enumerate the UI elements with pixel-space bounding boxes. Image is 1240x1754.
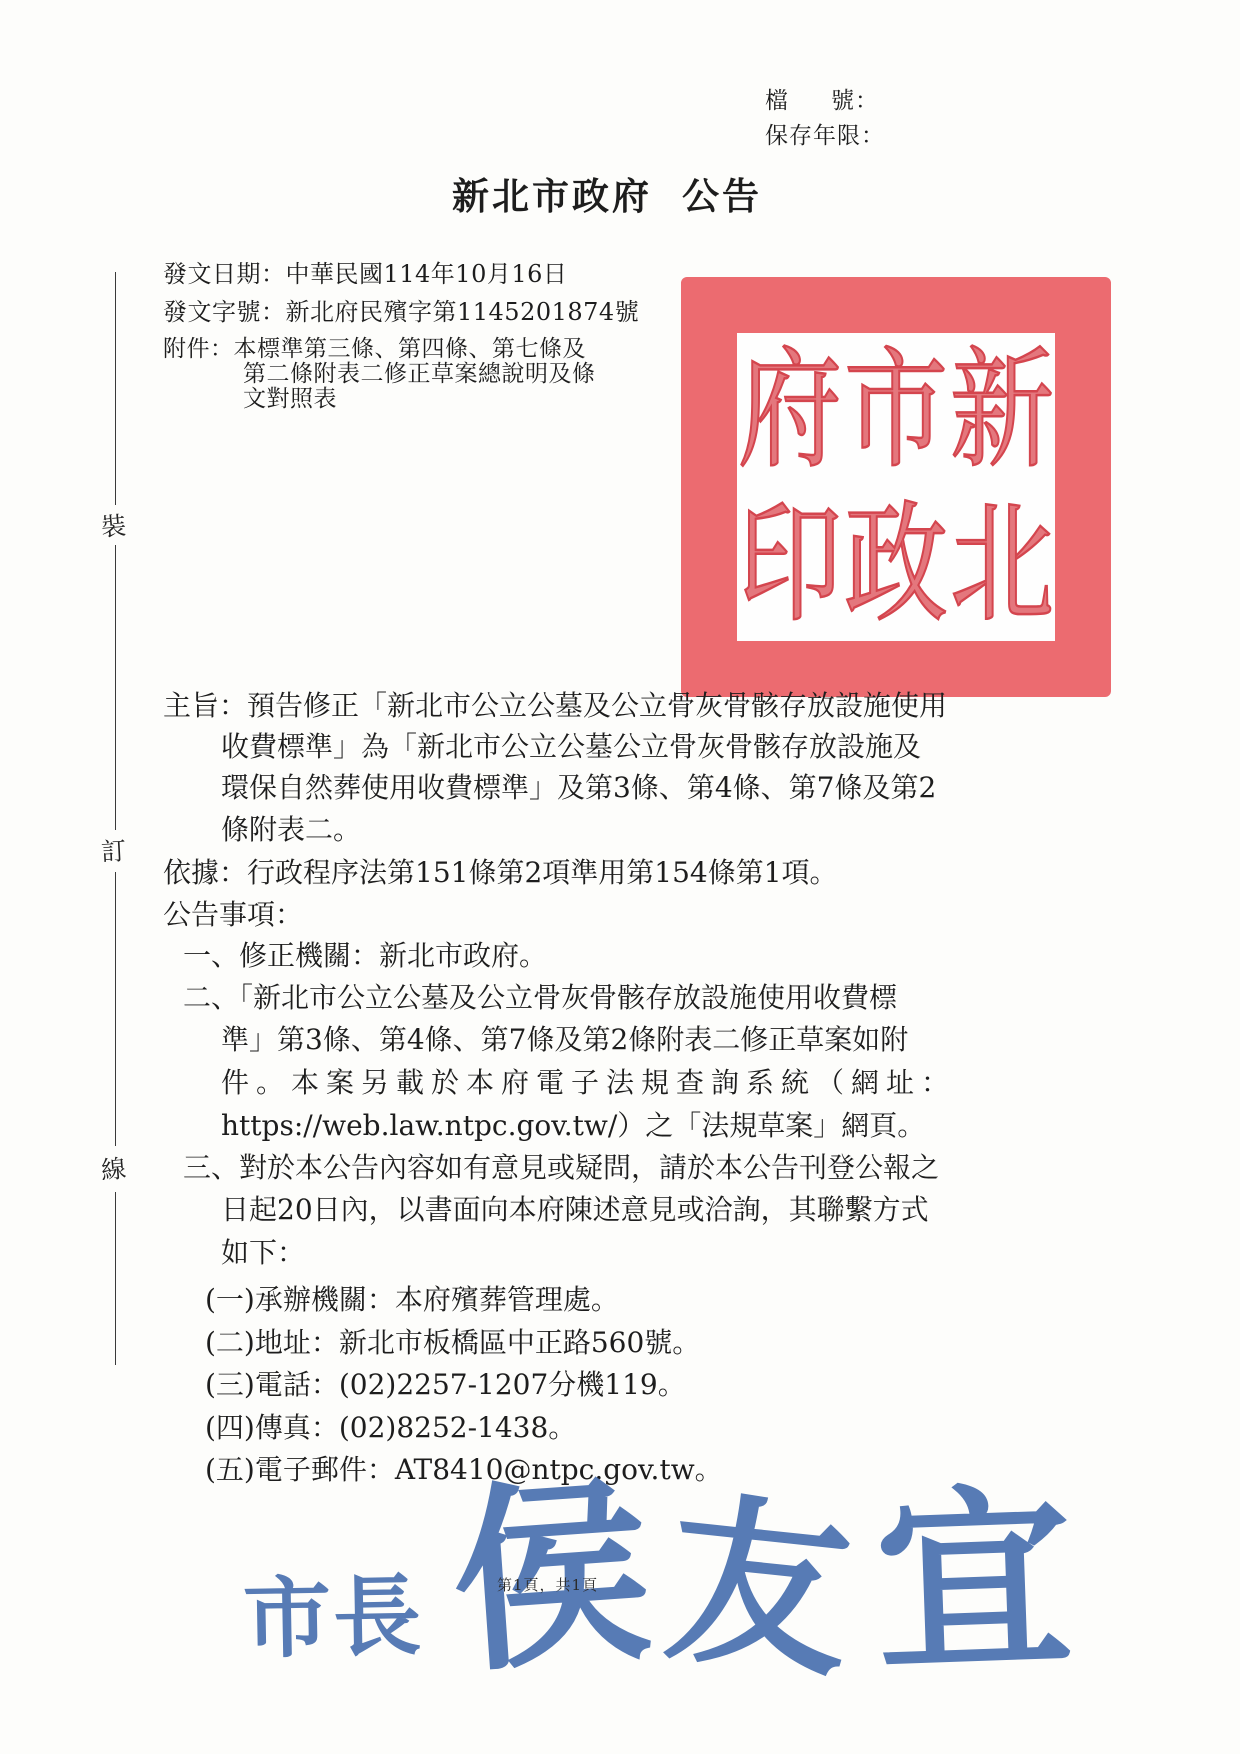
subject-line-1: 主旨：預告修正「新北市公立公墓及公立骨灰骨骸存放設施使用 — [163, 684, 947, 724]
contact-address-line: (二)地址：新北市板橋區中正路560號。 — [205, 1321, 700, 1361]
item-2-line-4-url: https://web.law.ntpc.gov.tw/）之「法規草案」網頁。 — [221, 1104, 925, 1144]
subject-line-3: 環保自然葬使用收費標準」及第3條、第4條、第7條及第2 — [221, 766, 936, 806]
page-number: 第1頁，共1頁 — [497, 1574, 598, 1595]
ref-number-line: 發文字號：新北府民殯字第1145201874號 — [163, 292, 639, 327]
item-2-line-3: 件。本案另載於本府電子法規查詢系統（網址： — [221, 1061, 956, 1101]
basis-line: 依據：行政程序法第151條第2項準用第154條第1項。 — [163, 851, 838, 891]
file-label: 檔 — [765, 88, 789, 114]
seal-glyph: 印 — [738, 499, 842, 629]
seal-glyph: 政 — [844, 499, 948, 629]
binding-line-segment — [115, 545, 116, 830]
subject-line-2: 收費標準」為「新北市公立公墓公立骨灰骨骸存放設施及 — [221, 725, 921, 765]
item-1: 一、修正機關：新北市政府。 — [183, 934, 547, 974]
item-3-line-1: 三、對於本公告內容如有意見或疑問，請於本公告刊登公報之 — [183, 1146, 939, 1186]
item-3-line-3: 如下： — [221, 1231, 305, 1271]
binding-mark-xian: 線 — [99, 1149, 127, 1187]
signature-char: 宜 — [873, 1481, 1076, 1684]
announcement-items-heading: 公告事項： — [163, 893, 303, 933]
contact-fax-line: (四)傳真：(02)8252-1438。 — [205, 1406, 576, 1446]
item-2-line-2: 準」第3條、第4條、第7條及第2條附表二修正草案如附 — [221, 1018, 908, 1058]
binding-line-segment — [115, 1192, 116, 1365]
binding-line-segment — [115, 872, 116, 1146]
official-seal: 府 市 新 印 政 北 — [681, 277, 1111, 697]
page-title: 新北市政府公告 — [452, 166, 762, 220]
signature-char: 友 — [659, 1487, 859, 1687]
item-2-line-1: 二、「新北市公立公墓及公立骨灰骨骸存放設施使用收費標 — [183, 976, 897, 1016]
item-3-line-2: 日起20日內，以書面向本府陳述意見或洽詢，其聯繫方式 — [221, 1188, 929, 1228]
file-label-rest: 號： — [831, 88, 879, 114]
seal-glyph: 北 — [950, 499, 1054, 629]
issue-date-line: 發文日期：中華民國114年10月16日 — [163, 254, 567, 289]
binding-mark-zhuang: 裝 — [99, 506, 127, 544]
title-doc-type: 公告 — [682, 174, 762, 218]
subject-line-4: 條附表二。 — [221, 808, 361, 848]
binding-mark-ding: 訂 — [100, 831, 127, 868]
mayor-title-stamp: 市長 — [242, 1546, 424, 1675]
seal-glyph: 新 — [950, 345, 1054, 475]
contact-phone-line: (三)電話：(02)2257-1207分機119。 — [205, 1363, 686, 1403]
retention-line: 保存年限： — [765, 117, 885, 150]
attachment-line-3: 文對照表 — [243, 380, 337, 413]
contact-agency-line: (一)承辦機關：本府殯葬管理處。 — [205, 1278, 619, 1318]
announcement-document: 檔號： 保存年限： 新北市政府公告 發文日期：中華民國114年10月16日 發文… — [0, 0, 1240, 1754]
title-org: 新北市政府 — [452, 174, 652, 218]
binding-line-segment — [115, 272, 116, 505]
seal-glyph: 府 — [738, 345, 842, 475]
file-number-line: 檔號： — [765, 82, 879, 115]
seal-glyph: 市 — [844, 345, 948, 475]
